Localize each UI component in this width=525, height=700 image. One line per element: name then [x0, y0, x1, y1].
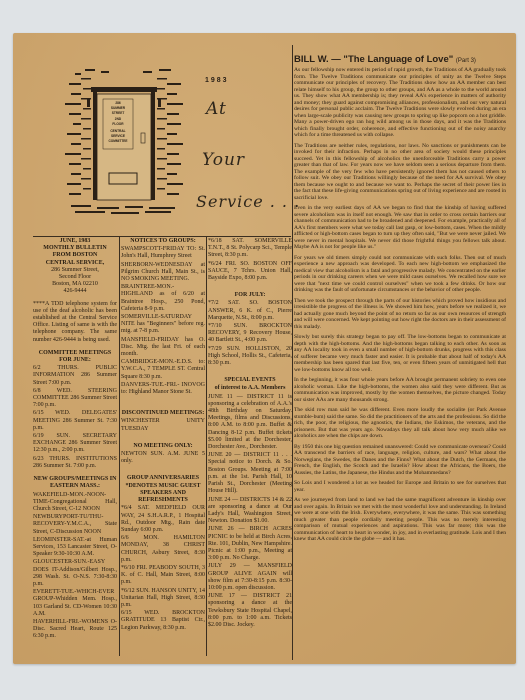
list-item: *6/12 SUN. HANSON UNITY, 14 Unitarian Ha…	[121, 588, 205, 610]
door-sign-line: FLOOR	[112, 122, 124, 126]
slogan-word-your: Your	[202, 150, 245, 170]
masthead-line: MONTHLY BULLETIN	[33, 245, 117, 252]
masthead-line: FROM BOSTON	[33, 252, 117, 259]
list-item: LEOMINSTER-SAT.-at Human Services, 153 L…	[33, 537, 117, 559]
masthead-line: 426-9444	[33, 288, 117, 295]
article-title: BILL W. — "The Language of Love" (Part 3…	[294, 54, 506, 65]
door-sign-number: 286	[115, 101, 121, 105]
door-sign-line: 2ND	[115, 117, 122, 121]
masthead-line: CENTRAL SERVICE,	[33, 260, 117, 267]
july-heading: FOR JULY:	[208, 292, 292, 299]
list-item: EVERETT-TUE.-WHICH-EVER GROUP-Whidden Me…	[33, 589, 117, 618]
newgroups-heading: NEW GROUPS/MEETINGS IN EASTERN MASS.:	[33, 476, 117, 490]
article-paragraph: The skid row man said he was different. …	[294, 407, 506, 440]
article-paragraph: In the beginning, it was four whole year…	[294, 377, 506, 403]
header-year: 1983	[205, 77, 229, 84]
article-paragraph: Then we took the prospect through the pa…	[294, 298, 506, 331]
article-paragraph: The Traditions are neither rules, regula…	[294, 143, 506, 202]
door-sign-line: COMMITTEE	[108, 139, 127, 143]
article-paragraph: As our fellowship now entered its period…	[294, 67, 506, 139]
list-item: *6/18 SAT. SOMERVILLE T.N.T., 8 St. Poly…	[208, 238, 292, 260]
list-item: 6/23 THURS. INSTITUTIONS 286 Summer St. …	[33, 456, 117, 470]
special-events-subheading: of interest to A.A. Members	[208, 385, 292, 392]
divider-col1	[119, 236, 120, 656]
list-item: 6/6 MON. HAMILTON MONDAY, 38 CHRIST CHUR…	[121, 535, 205, 564]
list-item: BRAINTREE-MON.-HIGHLAND as of 6/20 at Br…	[121, 284, 205, 313]
tdd-notice: ****A TDD telephone system for use of th…	[33, 301, 117, 344]
list-item: JUNE 24 — DISTRICTS 14 & 22 are sponsori…	[208, 497, 292, 526]
list-item: JUNE 17 — DISTRICT 21 sponsoring a dance…	[208, 593, 292, 629]
door-sign-line: CENTRAL	[110, 129, 125, 133]
list-item: SHERBORN-WEDNESDAY at Pilgrim Church Hal…	[121, 262, 205, 284]
column-events: *6/18 SAT. SOMERVILLE T.N.T., 8 St. Poly…	[208, 238, 292, 630]
anniversaries-heading: GROUP ANNIVERSARIES *DENOTES MUSIC GUEST…	[121, 475, 205, 504]
masthead-line: 286 Summer Street,	[33, 267, 117, 274]
list-item: *6/10 FRI. PEABODY SOUTH, 3 K. of C. Hal…	[121, 565, 205, 587]
door-sign-line: SUMMER	[111, 106, 126, 110]
list-item: 6/15 WED. DELEGATES' MEETING 286 Summer …	[33, 410, 117, 432]
special-events-heading: SPECIAL EVENTS	[208, 377, 292, 384]
list-item: SWAMPSCOTT-FRIDAY TO: St. John's Hall, H…	[121, 246, 205, 260]
door-sign-line: SERVICE	[111, 134, 125, 138]
column-bulletin: JUNE, 1983 MONTHLY BULLETIN FROM BOSTON …	[33, 238, 117, 642]
masthead-line: Second Floor	[33, 274, 117, 281]
article-paragraph: Slowly but surely this strategy began to…	[294, 334, 506, 373]
list-item: 6/15 WED. BROCKTON GRATITUDE 13 Baptist …	[121, 610, 205, 632]
list-item: CAMBRIDGE-MON.-E.D.S. to: Y.W.C.A., 7 TE…	[121, 359, 205, 381]
list-item: *6/24 FRI. SO. BOSTON OFF SAUCE, 7 Tchrs…	[208, 261, 292, 283]
list-item: *7/10 SUN. BROCKTON RECOVERY, 9 Recovery…	[208, 323, 292, 345]
list-item: HAVERHILL-FRI.-WOMENS O-Disc. Sacred Hea…	[33, 619, 117, 641]
list-item: WAKEFIELD-MON.-NOON-TIME-Congregational …	[33, 492, 117, 514]
list-item: 6/8 WED. STEERING COMMITTEE 286 Summer S…	[33, 388, 117, 410]
nomeeting-heading: NO MEETING ONLY:	[121, 443, 205, 450]
list-item: NEWBURYPORT-TU/THU-RECOVERY-Y.M.C.A., St…	[33, 514, 117, 536]
list-item: *7/29 SUN. HOLLISTON, 20 High School, Ho…	[208, 346, 292, 368]
article-paragraph: Even in the very earliest days of AA we …	[294, 205, 506, 251]
divider-col2	[206, 236, 207, 656]
article-body: As our fellowship now entered its period…	[294, 67, 506, 543]
newsletter-page: 286 SUMMER STREET 2ND FLOOR CENTRAL SERV…	[13, 33, 516, 664]
list-item: JULY 29 — MANSFIELD GROUP ALIVE AGAIN wi…	[208, 563, 292, 592]
masthead: JUNE, 1983 MONTHLY BULLETIN FROM BOSTON …	[33, 238, 117, 296]
door-illustration: 286 SUMMER STREET 2ND FLOOR CENTRAL SERV…	[61, 61, 187, 221]
masthead-line: JUNE, 1983	[33, 238, 117, 245]
list-item: WINCHESTER UNITY TUESDAY	[121, 418, 205, 432]
slogan-word-service: Service . . .	[196, 192, 300, 211]
article-paragraph: As we journeyed from land to land we had…	[294, 497, 506, 543]
list-item: NEWTON SUN. A.M. JUNE 5 only.	[121, 451, 205, 465]
list-item: 6/19 SUN. SECRETARY EXCHANGE 286 Summer …	[33, 433, 117, 455]
list-item: JUNE 20 — DISTRICT 11 . . . Special noti…	[208, 452, 292, 495]
divider-article	[292, 45, 293, 660]
article-paragraph: For years we old timers simply could not…	[294, 255, 506, 294]
article-part: (Part 3)	[456, 58, 476, 64]
list-item: *7/2 SAT. SO. BOSTON ANSWER, 6 K. of C.,…	[208, 300, 292, 322]
column-notices: NOTICES TO GROUPS: SWAMPSCOTT-FRIDAY TO:…	[121, 238, 205, 633]
committee-heading: COMMITTEE MEETINGS FOR JUNE:	[33, 350, 117, 364]
discontinued-heading: DISCONTINUED MEETINGS:	[121, 410, 205, 417]
notices-heading: NOTICES TO GROUPS:	[121, 238, 205, 245]
article-paragraph: So Lois and I wondered a lot as we heade…	[294, 480, 506, 493]
list-item: JUNE 11 — DISTRICT 11 is sponsoring a ce…	[208, 394, 292, 452]
door-sign-line: STREET	[112, 111, 125, 115]
article-title-text: BILL W. — "The Language of Love"	[294, 54, 453, 65]
list-item: DANVERS-TUE.-FRI.- INOVOG to: Highland M…	[121, 382, 205, 396]
article-bill-w: BILL W. — "The Language of Love" (Part 3…	[294, 36, 506, 547]
list-item: GLOUCESTER-SUN.-EASY DOES IT-Addison/Gil…	[33, 559, 117, 588]
list-item: JUNE 26 — BIRCH ACRES PICNIC to be held …	[208, 526, 292, 562]
list-item: *6/4 SAT. MEDFIELD OUR WAY, 24 S.H.A.R.P…	[121, 505, 205, 534]
article-paragraph: By 1950 this one big question remained u…	[294, 444, 506, 477]
list-item: SOMERVILLE-SATURDAY NITE has "Beginners"…	[121, 314, 205, 336]
masthead-line: Boston, MA 02210	[33, 281, 117, 288]
slogan-word-at: At	[206, 99, 227, 119]
list-item: MANSFIELD-FRIDAY has O. Disc. Mtg. the l…	[121, 337, 205, 359]
divider-header	[33, 236, 291, 237]
list-item: 6/2 THURS. PUBLIC INFORMATION 286 Summer…	[33, 365, 117, 387]
